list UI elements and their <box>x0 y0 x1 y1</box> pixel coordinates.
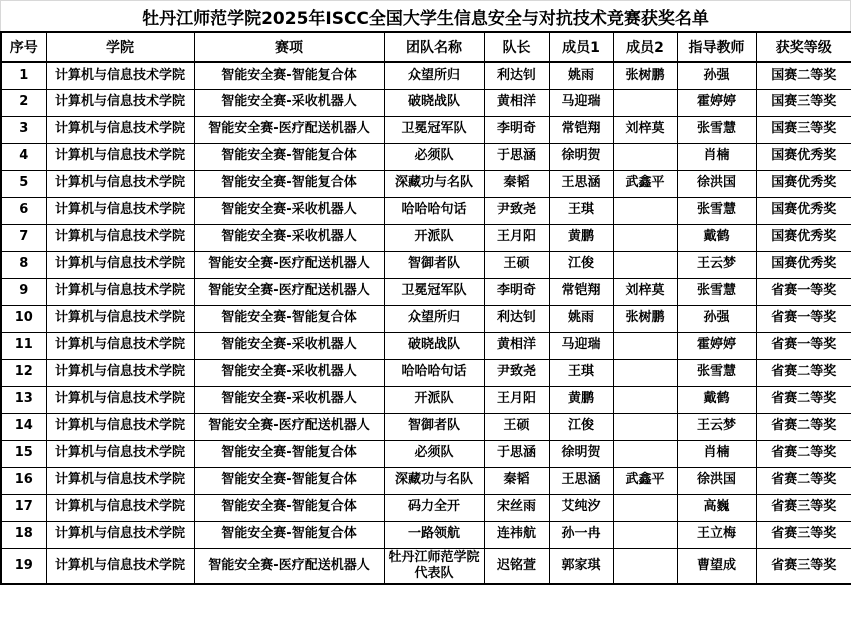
table-cell[interactable]: 国赛优秀奖 <box>756 143 851 170</box>
table-cell[interactable]: 哈哈哈句话 <box>384 197 484 224</box>
table-cell[interactable]: 破晓战队 <box>384 89 484 116</box>
table-row: 16计算机与信息技术学院智能安全赛-智能复合体深藏功与名队秦韬王思涵武鑫平徐洪国… <box>1 467 851 494</box>
table-cell[interactable]: 国赛优秀奖 <box>756 251 851 278</box>
table-cell[interactable]: 宋丝雨 <box>484 494 549 521</box>
table-row: 7计算机与信息技术学院智能安全赛-采收机器人开派队王月阳黄鹏戴鹤国赛优秀奖 <box>1 224 851 251</box>
table-cell[interactable] <box>613 440 677 467</box>
table-row: 5计算机与信息技术学院智能安全赛-智能复合体深藏功与名队秦韬王思涵武鑫平徐洪国国… <box>1 170 851 197</box>
table-cell[interactable]: 省赛二等奖 <box>756 386 851 413</box>
table-cell[interactable]: 常铠翔 <box>549 278 613 305</box>
table-cell[interactable]: 智能安全赛-医疗配送机器人 <box>194 116 384 143</box>
table-cell[interactable]: 国赛优秀奖 <box>756 224 851 251</box>
table-cell[interactable]: 计算机与信息技术学院 <box>46 548 194 584</box>
table-row: 11计算机与信息技术学院智能安全赛-采收机器人破晓战队黄相洋马迎瑞霍婷婷省赛一等… <box>1 332 851 359</box>
table-cell[interactable]: 智能安全赛-医疗配送机器人 <box>194 278 384 305</box>
table-cell[interactable]: 智能安全赛-采收机器人 <box>194 224 384 251</box>
table-cell[interactable]: 秦韬 <box>484 467 549 494</box>
table-cell[interactable]: 计算机与信息技术学院 <box>46 359 194 386</box>
table-cell[interactable] <box>613 332 677 359</box>
table-cell[interactable]: 卫冕冠军队 <box>384 116 484 143</box>
table-cell[interactable]: 众望所归 <box>384 305 484 332</box>
table-cell[interactable]: 计算机与信息技术学院 <box>46 224 194 251</box>
table-cell[interactable]: 计算机与信息技术学院 <box>46 440 194 467</box>
table-cell[interactable] <box>613 494 677 521</box>
table-cell[interactable]: 张树鹏 <box>613 62 677 89</box>
table-cell[interactable]: 智能安全赛-智能复合体 <box>194 305 384 332</box>
table-cell[interactable]: 计算机与信息技术学院 <box>46 386 194 413</box>
table-cell[interactable]: 马迎瑞 <box>549 332 613 359</box>
table-cell[interactable]: 计算机与信息技术学院 <box>46 278 194 305</box>
table-cell[interactable]: 徐明贺 <box>549 143 613 170</box>
table-cell[interactable]: 13 <box>1 386 46 413</box>
table-cell[interactable]: 智能安全赛-智能复合体 <box>194 521 384 548</box>
table-cell[interactable]: 张雪慧 <box>677 278 756 305</box>
table-cell[interactable] <box>613 413 677 440</box>
table-cell[interactable]: 于思涵 <box>484 440 549 467</box>
table-cell[interactable]: 黄相洋 <box>484 89 549 116</box>
table-cell[interactable]: 王云梦 <box>677 413 756 440</box>
table-cell[interactable]: 于思涵 <box>484 143 549 170</box>
table-row: 14计算机与信息技术学院智能安全赛-医疗配送机器人智御者队王硕江俊王云梦省赛二等… <box>1 413 851 440</box>
table-cell[interactable]: 徐洪国 <box>677 170 756 197</box>
table-cell[interactable]: 国赛优秀奖 <box>756 197 851 224</box>
table-cell[interactable]: 王立梅 <box>677 521 756 548</box>
table-cell[interactable]: 秦韬 <box>484 170 549 197</box>
table-cell[interactable]: 计算机与信息技术学院 <box>46 494 194 521</box>
table-cell[interactable]: 省赛二等奖 <box>756 359 851 386</box>
table-cell[interactable]: 16 <box>1 467 46 494</box>
table-cell[interactable]: 众望所归 <box>384 62 484 89</box>
table-cell[interactable]: 肖楠 <box>677 143 756 170</box>
table-cell[interactable]: 王硕 <box>484 251 549 278</box>
table-cell[interactable]: 李明奇 <box>484 278 549 305</box>
column-header-captain: 队长 <box>484 32 549 62</box>
table-cell[interactable]: 徐洪国 <box>677 467 756 494</box>
table-cell[interactable]: 计算机与信息技术学院 <box>46 89 194 116</box>
table-cell[interactable]: 计算机与信息技术学院 <box>46 62 194 89</box>
table-cell[interactable]: 4 <box>1 143 46 170</box>
table-cell[interactable]: 霍婷婷 <box>677 89 756 116</box>
table-cell[interactable]: 开派队 <box>384 386 484 413</box>
table-cell[interactable]: 10 <box>1 305 46 332</box>
table-cell[interactable]: 深藏功与名队 <box>384 467 484 494</box>
table-cell[interactable] <box>613 89 677 116</box>
table-cell[interactable]: 江俊 <box>549 251 613 278</box>
table-cell[interactable]: 孙强 <box>677 305 756 332</box>
table-cell[interactable]: 12 <box>1 359 46 386</box>
table-cell[interactable]: 11 <box>1 332 46 359</box>
table-cell[interactable]: 戴鹤 <box>677 224 756 251</box>
table-cell[interactable]: 14 <box>1 413 46 440</box>
table-cell[interactable] <box>613 386 677 413</box>
table-cell[interactable]: 孙一冉 <box>549 521 613 548</box>
table-cell[interactable]: 郭家琪 <box>549 548 613 584</box>
table-cell[interactable]: 省赛三等奖 <box>756 494 851 521</box>
table-cell[interactable]: 智能安全赛-采收机器人 <box>194 332 384 359</box>
table-cell[interactable]: 必须队 <box>384 143 484 170</box>
table-cell[interactable]: 连祎航 <box>484 521 549 548</box>
table-cell[interactable]: 常铠翔 <box>549 116 613 143</box>
table-cell[interactable] <box>613 224 677 251</box>
table-cell[interactable]: 张树鹏 <box>613 305 677 332</box>
table-cell[interactable]: 省赛一等奖 <box>756 332 851 359</box>
table-cell[interactable]: 1 <box>1 62 46 89</box>
table-cell[interactable]: 迟铭萱 <box>484 548 549 584</box>
column-header-team: 团队名称 <box>384 32 484 62</box>
table-cell[interactable]: 3 <box>1 116 46 143</box>
table-cell[interactable]: 王硕 <box>484 413 549 440</box>
table-cell[interactable]: 霍婷婷 <box>677 332 756 359</box>
table-cell[interactable]: 计算机与信息技术学院 <box>46 467 194 494</box>
table-cell[interactable]: 省赛二等奖 <box>756 413 851 440</box>
table-cell[interactable]: 江俊 <box>549 413 613 440</box>
table-cell[interactable]: 王月阳 <box>484 224 549 251</box>
table-row: 8计算机与信息技术学院智能安全赛-医疗配送机器人智御者队王硕江俊王云梦国赛优秀奖 <box>1 251 851 278</box>
table-cell[interactable]: 尹致尧 <box>484 359 549 386</box>
table-cell[interactable]: 智能安全赛-采收机器人 <box>194 197 384 224</box>
table-cell[interactable]: 深藏功与名队 <box>384 170 484 197</box>
table-cell[interactable]: 尹致尧 <box>484 197 549 224</box>
table-cell[interactable]: 王琪 <box>549 197 613 224</box>
table-row: 13计算机与信息技术学院智能安全赛-采收机器人开派队王月阳黄鹏戴鹤省赛二等奖 <box>1 386 851 413</box>
table-row: 9计算机与信息技术学院智能安全赛-医疗配送机器人卫冕冠军队李明奇常铠翔刘梓莫张雪… <box>1 278 851 305</box>
table-cell[interactable]: 张雪慧 <box>677 116 756 143</box>
table-row: 17计算机与信息技术学院智能安全赛-智能复合体码力全开宋丝雨艾纯汐高巍省赛三等奖 <box>1 494 851 521</box>
table-cell[interactable]: 智能安全赛-智能复合体 <box>194 467 384 494</box>
table-cell[interactable]: 省赛二等奖 <box>756 440 851 467</box>
table-cell[interactable]: 开派队 <box>384 224 484 251</box>
column-header-member1: 成员1 <box>549 32 613 62</box>
table-cell[interactable]: 王云梦 <box>677 251 756 278</box>
table-cell[interactable]: 智御者队 <box>384 251 484 278</box>
table-cell[interactable]: 计算机与信息技术学院 <box>46 305 194 332</box>
table-cell[interactable]: 孙强 <box>677 62 756 89</box>
table-cell[interactable] <box>613 521 677 548</box>
table-cell[interactable]: 姚雨 <box>549 305 613 332</box>
table-row: 1计算机与信息技术学院智能安全赛-智能复合体众望所归利达钊姚雨张树鹏孙强国赛二等… <box>1 62 851 89</box>
table-cell[interactable]: 9 <box>1 278 46 305</box>
table-cell[interactable]: 8 <box>1 251 46 278</box>
table-cell[interactable]: 计算机与信息技术学院 <box>46 413 194 440</box>
table-cell[interactable]: 6 <box>1 197 46 224</box>
table-cell[interactable]: 武鑫平 <box>613 170 677 197</box>
table-cell[interactable]: 18 <box>1 521 46 548</box>
table-cell[interactable]: 王月阳 <box>484 386 549 413</box>
table-cell[interactable]: 黄相洋 <box>484 332 549 359</box>
table-cell[interactable]: 马迎瑞 <box>549 89 613 116</box>
table-cell[interactable]: 省赛二等奖 <box>756 467 851 494</box>
table-cell[interactable]: 国赛优秀奖 <box>756 170 851 197</box>
table-cell[interactable] <box>613 359 677 386</box>
table-cell[interactable] <box>613 251 677 278</box>
table-cell[interactable]: 利达钊 <box>484 305 549 332</box>
table-row: 18计算机与信息技术学院智能安全赛-智能复合体一路领航连祎航孙一冉王立梅省赛三等… <box>1 521 851 548</box>
table-cell[interactable]: 7 <box>1 224 46 251</box>
table-cell[interactable]: 高巍 <box>677 494 756 521</box>
table-cell[interactable] <box>613 143 677 170</box>
table-cell[interactable]: 计算机与信息技术学院 <box>46 116 194 143</box>
column-header-teacher: 指导教师 <box>677 32 756 62</box>
table-cell[interactable]: 省赛一等奖 <box>756 278 851 305</box>
table-cell[interactable]: 李明奇 <box>484 116 549 143</box>
table-cell[interactable]: 计算机与信息技术学院 <box>46 521 194 548</box>
table-cell[interactable]: 智能安全赛-智能复合体 <box>194 170 384 197</box>
document-title: 牡丹江师范学院2025年ISCC全国大学生信息安全与对抗技术竞赛获奖名单 <box>0 0 851 31</box>
table-cell[interactable]: 智能安全赛-医疗配送机器人 <box>194 413 384 440</box>
column-header-award: 获奖等级 <box>756 32 851 62</box>
table-cell[interactable]: 智能安全赛-智能复合体 <box>194 62 384 89</box>
table-cell[interactable]: 张雪慧 <box>677 359 756 386</box>
table-cell[interactable]: 武鑫平 <box>613 467 677 494</box>
table-cell[interactable]: 哈哈哈句话 <box>384 359 484 386</box>
table-cell[interactable]: 智能安全赛-智能复合体 <box>194 494 384 521</box>
header-row: 序号 学院 赛项 团队名称 队长 成员1 成员2 指导教师 获奖等级 <box>1 32 851 62</box>
table-cell[interactable]: 计算机与信息技术学院 <box>46 251 194 278</box>
table-cell[interactable]: 黄鹏 <box>549 224 613 251</box>
table-cell[interactable]: 15 <box>1 440 46 467</box>
table-cell[interactable]: 刘梓莫 <box>613 116 677 143</box>
awards-table: 序号 学院 赛项 团队名称 队长 成员1 成员2 指导教师 获奖等级 1计算机与… <box>0 31 851 585</box>
table-cell[interactable]: 计算机与信息技术学院 <box>46 143 194 170</box>
table-cell[interactable]: 计算机与信息技术学院 <box>46 332 194 359</box>
table-row: 19计算机与信息技术学院智能安全赛-医疗配送机器人牡丹江师范学院代表队迟铭萱郭家… <box>1 548 851 584</box>
table-cell[interactable]: 智能安全赛-采收机器人 <box>194 386 384 413</box>
table-cell[interactable]: 智能安全赛-智能复合体 <box>194 143 384 170</box>
table-cell[interactable]: 智御者队 <box>384 413 484 440</box>
table-cell[interactable]: 智能安全赛-智能复合体 <box>194 440 384 467</box>
table-cell[interactable] <box>613 197 677 224</box>
table-cell[interactable]: 必须队 <box>384 440 484 467</box>
table-cell[interactable]: 刘梓莫 <box>613 278 677 305</box>
table-cell[interactable]: 智能安全赛-采收机器人 <box>194 359 384 386</box>
table-cell[interactable]: 智能安全赛-医疗配送机器人 <box>194 251 384 278</box>
table-cell[interactable] <box>613 548 677 584</box>
table-cell[interactable]: 曹望成 <box>677 548 756 584</box>
table-row: 3计算机与信息技术学院智能安全赛-医疗配送机器人卫冕冠军队李明奇常铠翔刘梓莫张雪… <box>1 116 851 143</box>
table-cell[interactable]: 艾纯汐 <box>549 494 613 521</box>
table-cell[interactable]: 国赛三等奖 <box>756 89 851 116</box>
table-cell[interactable]: 黄鹏 <box>549 386 613 413</box>
table-cell[interactable]: 国赛三等奖 <box>756 116 851 143</box>
table-cell[interactable]: 省赛三等奖 <box>756 521 851 548</box>
table-cell[interactable]: 5 <box>1 170 46 197</box>
table-cell[interactable]: 破晓战队 <box>384 332 484 359</box>
table-cell[interactable]: 王思涵 <box>549 467 613 494</box>
table-row: 6计算机与信息技术学院智能安全赛-采收机器人哈哈哈句话尹致尧王琪张雪慧国赛优秀奖 <box>1 197 851 224</box>
column-header-event: 赛项 <box>194 32 384 62</box>
table-cell[interactable]: 省赛一等奖 <box>756 305 851 332</box>
table-cell[interactable]: 利达钊 <box>484 62 549 89</box>
table-cell[interactable]: 姚雨 <box>549 62 613 89</box>
table-cell[interactable]: 肖楠 <box>677 440 756 467</box>
table-cell[interactable]: 智能安全赛-医疗配送机器人 <box>194 548 384 584</box>
table-cell[interactable]: 2 <box>1 89 46 116</box>
table-cell[interactable]: 智能安全赛-采收机器人 <box>194 89 384 116</box>
table-cell[interactable]: 戴鹤 <box>677 386 756 413</box>
table-cell[interactable]: 牡丹江师范学院代表队 <box>384 548 484 584</box>
table-cell[interactable]: 一路领航 <box>384 521 484 548</box>
table-cell[interactable]: 19 <box>1 548 46 584</box>
column-header-no: 序号 <box>1 32 46 62</box>
table-cell[interactable]: 卫冕冠军队 <box>384 278 484 305</box>
table-cell[interactable]: 省赛三等奖 <box>756 548 851 584</box>
table-row: 4计算机与信息技术学院智能安全赛-智能复合体必须队于思涵徐明贺肖楠国赛优秀奖 <box>1 143 851 170</box>
spreadsheet-view: 牡丹江师范学院2025年ISCC全国大学生信息安全与对抗技术竞赛获奖名单 序号 … <box>0 0 851 625</box>
column-header-member2: 成员2 <box>613 32 677 62</box>
table-row: 12计算机与信息技术学院智能安全赛-采收机器人哈哈哈句话尹致尧王琪张雪慧省赛二等… <box>1 359 851 386</box>
table-row: 2计算机与信息技术学院智能安全赛-采收机器人破晓战队黄相洋马迎瑞霍婷婷国赛三等奖 <box>1 89 851 116</box>
table-cell[interactable]: 徐明贺 <box>549 440 613 467</box>
table-cell[interactable]: 张雪慧 <box>677 197 756 224</box>
table-body: 1计算机与信息技术学院智能安全赛-智能复合体众望所归利达钊姚雨张树鹏孙强国赛二等… <box>1 62 851 584</box>
table-cell[interactable]: 计算机与信息技术学院 <box>46 197 194 224</box>
table-row: 15计算机与信息技术学院智能安全赛-智能复合体必须队于思涵徐明贺肖楠省赛二等奖 <box>1 440 851 467</box>
table-cell[interactable]: 王琪 <box>549 359 613 386</box>
table-cell[interactable]: 计算机与信息技术学院 <box>46 170 194 197</box>
table-row: 10计算机与信息技术学院智能安全赛-智能复合体众望所归利达钊姚雨张树鹏孙强省赛一… <box>1 305 851 332</box>
table-cell[interactable]: 王思涵 <box>549 170 613 197</box>
column-header-college: 学院 <box>46 32 194 62</box>
table-cell[interactable]: 码力全开 <box>384 494 484 521</box>
table-cell[interactable]: 17 <box>1 494 46 521</box>
table-cell[interactable]: 国赛二等奖 <box>756 62 851 89</box>
